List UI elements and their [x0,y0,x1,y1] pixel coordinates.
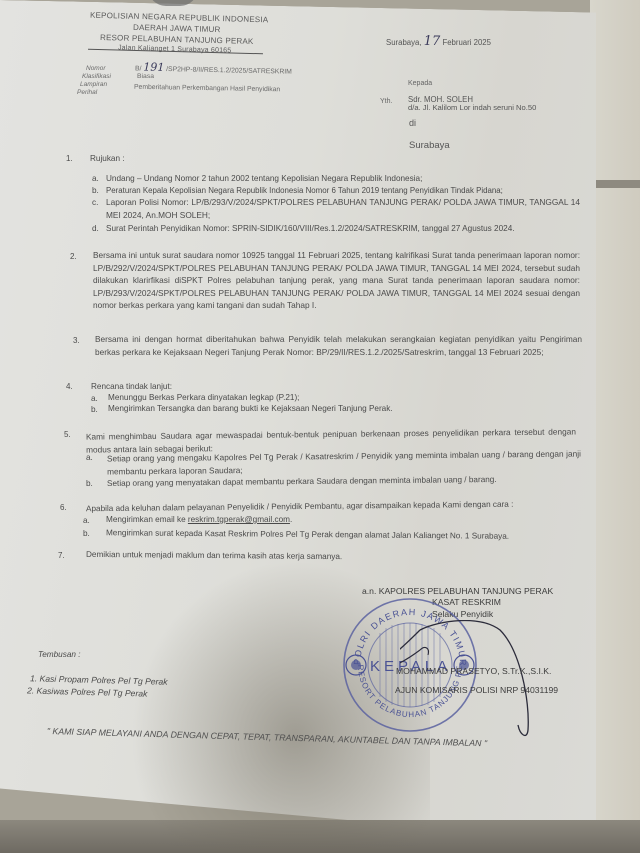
handwritten-signature [400,620,560,740]
date-day-handwritten: 17 [424,34,441,49]
item-4b-letter: b. [91,406,98,414]
perihal-label: Perihal [77,90,97,97]
item-4a-text: Menunggu Berkas Perkara dinyatakan legka… [108,394,299,402]
item-1c-letter: c. [92,199,98,207]
nomor-prefix: B/ [135,65,142,72]
nomor-handwritten: 191 [143,61,164,74]
signature-name: MOHAMMAD PRASETYO, S.Tr.K.,S.I.K. [396,667,551,676]
item-1a-text: Undang – Undang Nomor 2 tahun 2002 tenta… [106,175,422,183]
klasifikasi-value: Biasa [137,74,154,81]
item-6b-letter: b. [83,530,90,538]
item-1b-letter: b. [92,187,99,195]
item-2-text: Bersama ini untuk surat saudara nomor 10… [93,249,580,312]
tembusan-item-2: 2. Kasiwas Polres Pel Tg Perak [27,686,148,698]
item-1-number: 1. [66,155,73,163]
item-1-title: Rujukan : [90,155,125,163]
item-5-number: 5. [64,431,71,439]
perihal-value: Pemberitahuan Perkembangan Hasil Penyidi… [134,85,280,94]
recipient-kepada: Kepada [408,80,432,87]
nomor-suffix: /SP2HP-8/II/RES.1.2/2025/SATRESKRIM [166,66,292,76]
nomor-value: B/ 191 /SP2HP-8/II/RES.1.2/2025/SATRESKR… [135,61,292,76]
nomor-label: Nomor [86,66,106,73]
item-6a-suffix: . [290,515,292,524]
letter-content: KEPOLISIAN NEGARA REPUBLIK INDONESIA DAE… [0,0,600,853]
item-6-text: Apabila ada keluhan dalam pelayanan Peny… [86,501,513,514]
letterhead-line1: KEPOLISIAN NEGARA REPUBLIK INDONESIA [90,12,269,25]
tembusan-title: Tembusan : [38,651,80,659]
item-7-text: Demikian untuk menjadi maklum dan terima… [86,551,342,561]
item-5a-letter: a. [86,454,93,462]
item-6-number: 6. [60,504,67,512]
recipient-di: di [409,119,416,128]
police-emblem-icon [148,0,198,6]
item-6a-letter: a. [83,517,90,525]
complaint-email-link[interactable]: reskrim.tgperak@gmail.com [188,515,290,524]
lampiran-label: Lampiran [80,82,107,89]
item-5a-text: Setiap orang yang mengaku Kapolres Pel T… [107,448,581,478]
klasifikasi-label: Klasifikasi [82,74,111,81]
date-place: Surabaya, [386,38,422,47]
item-4b-text: Mengirimkan Tersangka dan barang bukti k… [108,405,393,413]
recipient-address: d/a. Jl. Kalilom Lor indah seruni No.50 [408,104,536,112]
item-5b-letter: b. [86,480,93,488]
item-1c-text: Laporan Polisi Nomor: LP/B/293/V/2024/SP… [106,196,580,221]
tembusan-item-1: 1. Kasi Propam Polres Pel Tg Perak [30,674,168,686]
item-1d-letter: d. [92,225,99,233]
item-2-number: 2. [70,253,77,261]
date-line: Surabaya, 17 Februari 2025 [386,35,491,48]
item-1d-text: Surat Perintah Penyidikan Nomor: SPRIN-S… [106,225,515,233]
signature-rank-nrp: AJUN KOMISARIS POLISI NRP 94031199 [395,686,558,695]
item-4-number: 4. [66,383,73,391]
item-5b-text: Setiap orang yang menyatakan dapat memba… [107,476,497,488]
letterhead-line2: DAERAH JAWA TIMUR [133,24,221,34]
item-3-text: Bersama ini dengan hormat diberitahukan … [95,333,582,358]
date-month-year: Februari 2025 [442,38,491,47]
item-3-number: 3. [73,337,80,345]
item-1a-letter: a. [92,175,99,183]
item-6a-prefix: Mengirimkan email ke [106,515,188,524]
item-4a-letter: a. [91,395,98,403]
recipient-city: Surabaya [409,141,450,151]
item-6a-text: Mengirimkan email ke reskrim.tgperak@gma… [106,516,292,524]
item-4-title: Rencana tindak lanjut: [91,383,172,391]
item-1b-text: Peraturan Kepala Kepolisian Negara Repub… [106,187,503,195]
item-7-number: 7. [58,552,65,560]
recipient-yth: Yth. [380,98,392,105]
item-6b-text: Mengirimkan surat kepada Kasat Reskrim P… [106,529,509,541]
